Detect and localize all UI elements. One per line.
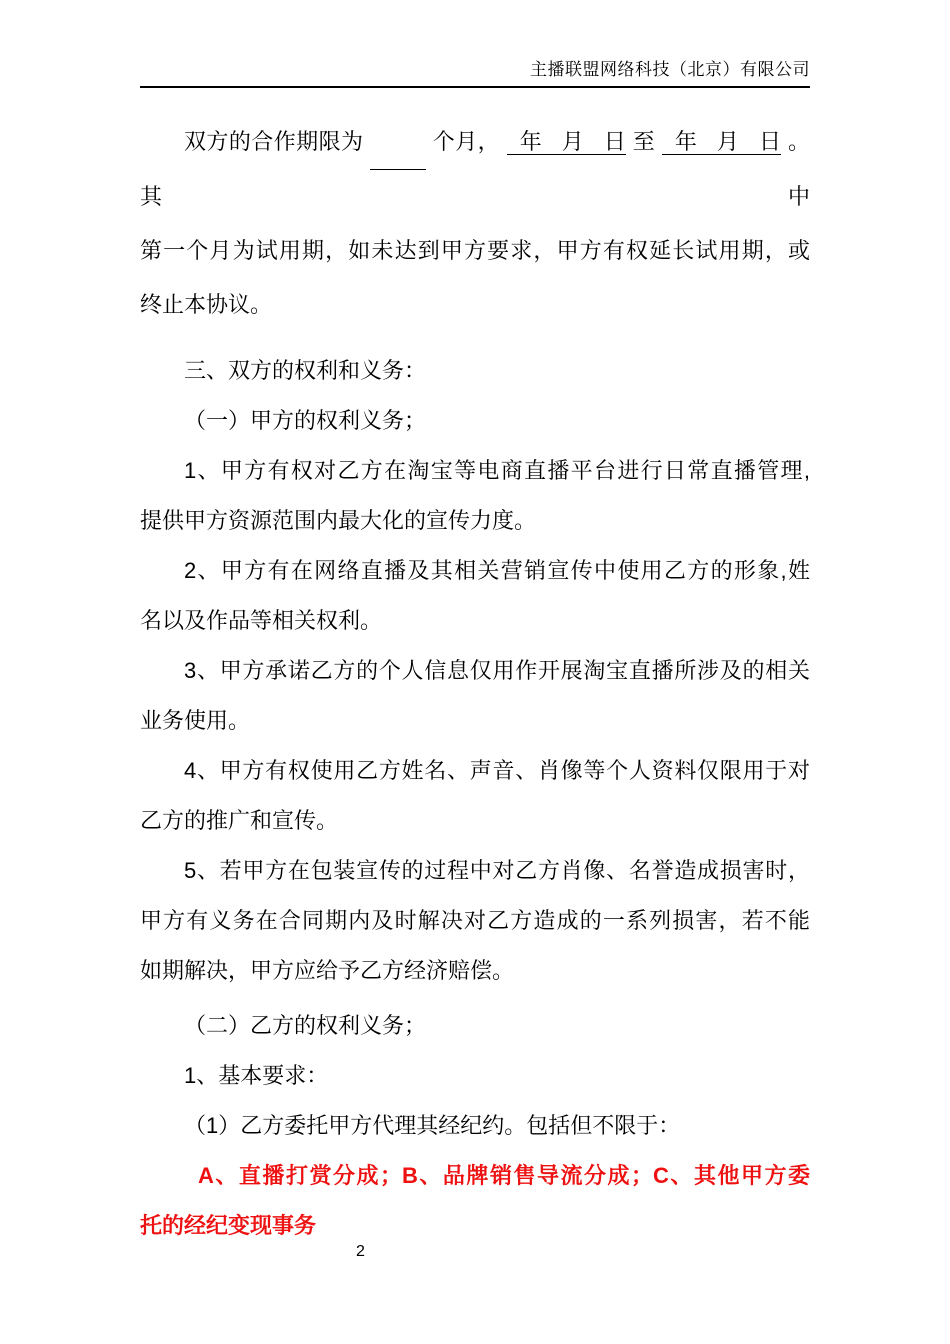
party-a-item-4-line-2: 乙方的推广和宣传。 [140,796,810,846]
document-body: 双方的合作期限为 个月， 年 月 日 至 年 月 日 。其中 第一个月为试用期，… [140,88,810,1251]
subsection-heading-party-b: （二）乙方的权利义务； [140,1001,810,1051]
party-b-item-1: （1）乙方委托甲方代理其经纪约。包括但不限于： [140,1101,810,1151]
term-paragraph-line-2: 第一个月为试用期，如未达到甲方要求，甲方有权延长试用期，或 [140,224,810,278]
party-a-item-5-line-3: 如期解决，甲方应给予乙方经济赔偿。 [140,946,810,996]
document-page: 主播联盟网络科技（北京）有限公司 双方的合作期限为 个月， 年 月 日 至 年 … [0,0,950,1344]
blank-end-date: 年 月 日 [662,129,782,155]
party-a-item-5-line-2: 甲方有义务在合同期内及时解决对乙方造成的一系列损害，若不能 [140,896,810,946]
party-a-item-5-line-1: 5、若甲方在包装宣传的过程中对乙方肖像、名誉造成损害时， [140,846,810,896]
party-a-item-2-line-2: 名以及作品等相关权利。 [140,596,810,646]
blank-month-count [370,115,426,170]
page-number: 2 [356,1243,365,1260]
party-a-item-3-line-2: 业务使用。 [140,696,810,746]
party-a-item-1-line-1: 1、甲方有权对乙方在淘宝等电商直播平台进行日常直播管理, [140,446,810,496]
party-a-item-2-line-1: 2、甲方有在网络直播及其相关营销宣传中使用乙方的形象,姓 [140,546,810,596]
term-paragraph-line-3: 终止本协议。 [140,278,810,332]
basic-requirements-heading: 1、基本要求： [140,1051,810,1101]
page-header: 主播联盟网络科技（北京）有限公司 [140,0,810,88]
page-footer: 2 [356,1243,365,1261]
red-clause-line-1: A、直播打赏分成；B、品牌销售导流分成；C、其他甲方委 [140,1151,810,1201]
party-a-item-1-line-2: 提供甲方资源范围内最大化的宣传力度。 [140,496,810,546]
term-text-prefix: 双方的合作期限为 [184,129,363,154]
term-text-months: 个月， [433,129,500,154]
red-clause-line-2: 托的经纪变现事务 [140,1201,810,1251]
party-a-item-4-line-1: 4、甲方有权使用乙方姓名、声音、肖像等个人资料仅限用于对 [140,746,810,796]
party-a-item-3-line-1: 3、甲方承诺乙方的个人信息仅用作开展淘宝直播所涉及的相关 [140,646,810,696]
term-text-to: 至 [633,129,655,154]
blank-start-date: 年 月 日 [507,129,627,155]
subsection-heading-party-a: （一）甲方的权利义务； [140,396,810,446]
company-name: 主播联盟网络科技（北京）有限公司 [140,60,810,80]
section-heading-rights-obligations: 三、双方的权利和义务： [140,346,810,396]
term-paragraph-line-1: 双方的合作期限为 个月， 年 月 日 至 年 月 日 。其中 [140,115,810,224]
